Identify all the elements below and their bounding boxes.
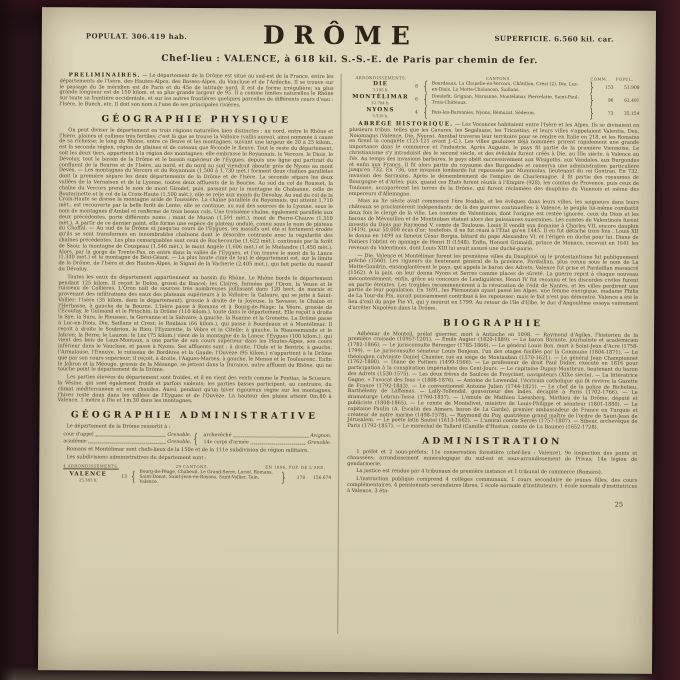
canton-count: 8: [412, 84, 422, 89]
cantons-list: Buis-les-Baronnies, Nyons, Rémuzat, Séde…: [430, 110, 587, 116]
arrondissements-table: ARRONDISSEMENTS. CANTONS. COMM.POPUL. DI…: [349, 75, 639, 120]
arrondissement-pop: 12.704 h.: [349, 100, 411, 105]
jurisdictions-block: cour d'appel Grenoble, académie Grenoble…: [63, 432, 331, 447]
table-row: NYONS 3.539 h. 4 { Buis-les-Baronnies, N…: [349, 107, 639, 120]
subdivisions-note: Les subdivisions administratives du dépa…: [57, 455, 331, 462]
cantons-list: Bourg-de-Péage, Chabeuil, Le Grand-Serre…: [137, 469, 279, 486]
left-column: PRÉLIMINAIRES. — Le département de la Dr…: [56, 72, 340, 634]
jurisdiction-value: Grenoble,: [167, 439, 191, 444]
canton-count: 13: [119, 475, 129, 480]
dot-leader: [233, 433, 308, 437]
arrondissement-name-block: NYONS 3.539 h.: [349, 107, 411, 118]
dot-leader: [89, 439, 166, 443]
arrondissements-header: 4 ARRONDISSEMENTS.: [63, 463, 119, 468]
jurisdictions-right: archevêché Avignon, 14e corps d'armée Gr…: [199, 433, 331, 447]
jurisdiction-value: Grenoble,: [167, 433, 191, 438]
table-row: DIE 3.105 h. 8 { Bourdeaux, La Chapelle-…: [350, 81, 640, 94]
arrondissement-population: 35.154: [613, 112, 639, 117]
geographie-physique-heading: GÉOGRAPHIE PHYSIQUE: [59, 114, 333, 126]
administration-paragraph-1: 1 préfet et 2 sous-préfets; 11e conserva…: [347, 450, 637, 469]
popul-header: POPUL.: [616, 77, 634, 82]
canton-count: 6: [411, 97, 421, 102]
jurisdiction-value: Grenoble.: [307, 440, 331, 445]
arrondissement-population: 62.491: [613, 99, 639, 104]
jurisdiction-label: académie: [63, 439, 86, 444]
jurisdiction-label: cour d'appel: [63, 432, 93, 437]
page-number: 25: [347, 499, 637, 509]
biographie-text: Adhémar de Monteil, prélat guerrier, mor…: [347, 332, 638, 432]
geographie-physique-paragraph-1: On peut diviser le département en trois …: [58, 128, 333, 275]
arrondissement-pop: 3.539 h.: [349, 113, 411, 118]
preliminaires-paragraph: PRÉLIMINAIRES. — Le département de la Dr…: [59, 72, 333, 109]
two-column-body: PRÉLIMINAIRES. — Le département de la Dr…: [56, 72, 639, 636]
arrondissement-population: 156.674: [305, 476, 331, 481]
book-page: POPULAT. 306.419 hab. DRÔME SUPERFICIE. …: [38, 7, 656, 674]
table-row: VALENCE 25.383 h. 13 { Bourg-de-Péage, C…: [57, 469, 331, 487]
communes-count: 178: [287, 476, 305, 481]
right-column: ARRONDISSEMENTS. CANTONS. COMM.POPUL. DI…: [337, 74, 639, 636]
abrege-historique-paragraph-3: — Die, Valence et Montélimar furent les …: [348, 254, 638, 314]
communes-count: 96: [595, 99, 613, 104]
jurisdiction-label: 14e corps d'armée: [204, 440, 249, 445]
arrondissement-name-block: DIE 3.105 h.: [350, 81, 412, 92]
jurisdiction-line: archevêché Avignon,: [204, 433, 332, 439]
cantons-header: CANTONS.: [486, 76, 511, 81]
administration-paragraph-3: L'instruction publique comprend 4 collèg…: [347, 477, 637, 496]
jurisdiction-line: 14e corps d'armée Grenoble.: [204, 440, 332, 446]
superficie-label: SUPERFICIE. 6.560 kil. car.: [494, 34, 613, 50]
number-headers: COMM.POPUL.: [590, 76, 633, 81]
jurisdiction-line: cour d'appel Grenoble,: [63, 432, 191, 438]
preliminaires-text: — Le département de la Drôme est situé a…: [59, 73, 333, 109]
population-header: EN 1896, POP. DE L'ARR.: [265, 464, 325, 469]
geographie-physique-paragraph-2: Toutes les eaux du département appartien…: [58, 275, 333, 375]
arrondissement-population: 51.908: [614, 86, 640, 91]
population-label: POPULAT. 306.419 hab.: [86, 31, 187, 47]
biographie-heading: BIOGRAPHIE: [348, 318, 638, 330]
chef-lieu-subtitle: Chef-lieu : VALENCE, à 618 kil. S.-S.-E.…: [60, 53, 640, 67]
arrondissements-header: ARRONDISSEMENTS.: [356, 75, 407, 80]
arrondissement-pop: 3.105 h.: [350, 87, 412, 92]
geographie-administrative-heading: GÉOGRAPHIE ADMINISTRATIVE: [58, 410, 332, 422]
administration-heading: ADMINISTRATION: [347, 436, 637, 448]
valence-arrondissement-table: 4 ARRONDISSEMENTS. 29 CANTONS. EN 1896, …: [57, 463, 331, 487]
dot-leader: [96, 432, 166, 436]
canton-count: 4: [411, 110, 421, 115]
arrondissement-name-block: VALENCE 25.383 h.: [57, 471, 119, 482]
cantons-list: Dieulefit, Grignan, Marsanne, Montélimar…: [430, 95, 587, 107]
page-title: DRÔME: [263, 22, 419, 48]
cantons-header: 29 CANTONS.: [176, 464, 209, 469]
communes-count: 73: [595, 112, 613, 117]
abrege-historique-text: — Les Voconces habitaient entre l'Isère …: [349, 122, 639, 197]
jurisdiction-value: Avignon,: [310, 434, 331, 439]
jurisdiction-line: académie Grenoble,: [63, 439, 191, 445]
page-header: POPULAT. 306.419 hab. DRÔME SUPERFICIE. …: [60, 21, 640, 50]
arrondissement-name-block: MONTÉLIMAR 12.704 h.: [349, 94, 411, 105]
jurisdictions-left: cour d'appel Grenoble, académie Grenoble…: [63, 432, 191, 446]
jurisdiction-label: archevêché: [204, 433, 232, 438]
communes-count: 153: [596, 86, 614, 91]
arrondissement-pop: 25.383 h.: [57, 477, 119, 482]
dot-leader: [251, 440, 306, 444]
cantons-list: Bourdeaux, La Chapelle-en-Vercors, Châti…: [430, 82, 587, 94]
table-row: MONTÉLIMAR 12.704 h. 6 { Dieulefit, Grig…: [349, 94, 639, 107]
abrege-historique-paragraph-2: Mais au Xe siècle avait commencé l'ère f…: [349, 199, 639, 253]
geographie-physique-paragraph-3: Les parties élevées du département sont …: [58, 375, 332, 406]
abrege-historique-paragraph-1: ABRÉGÉ HISTORIQUE. — Les Voconces habita…: [349, 121, 639, 199]
